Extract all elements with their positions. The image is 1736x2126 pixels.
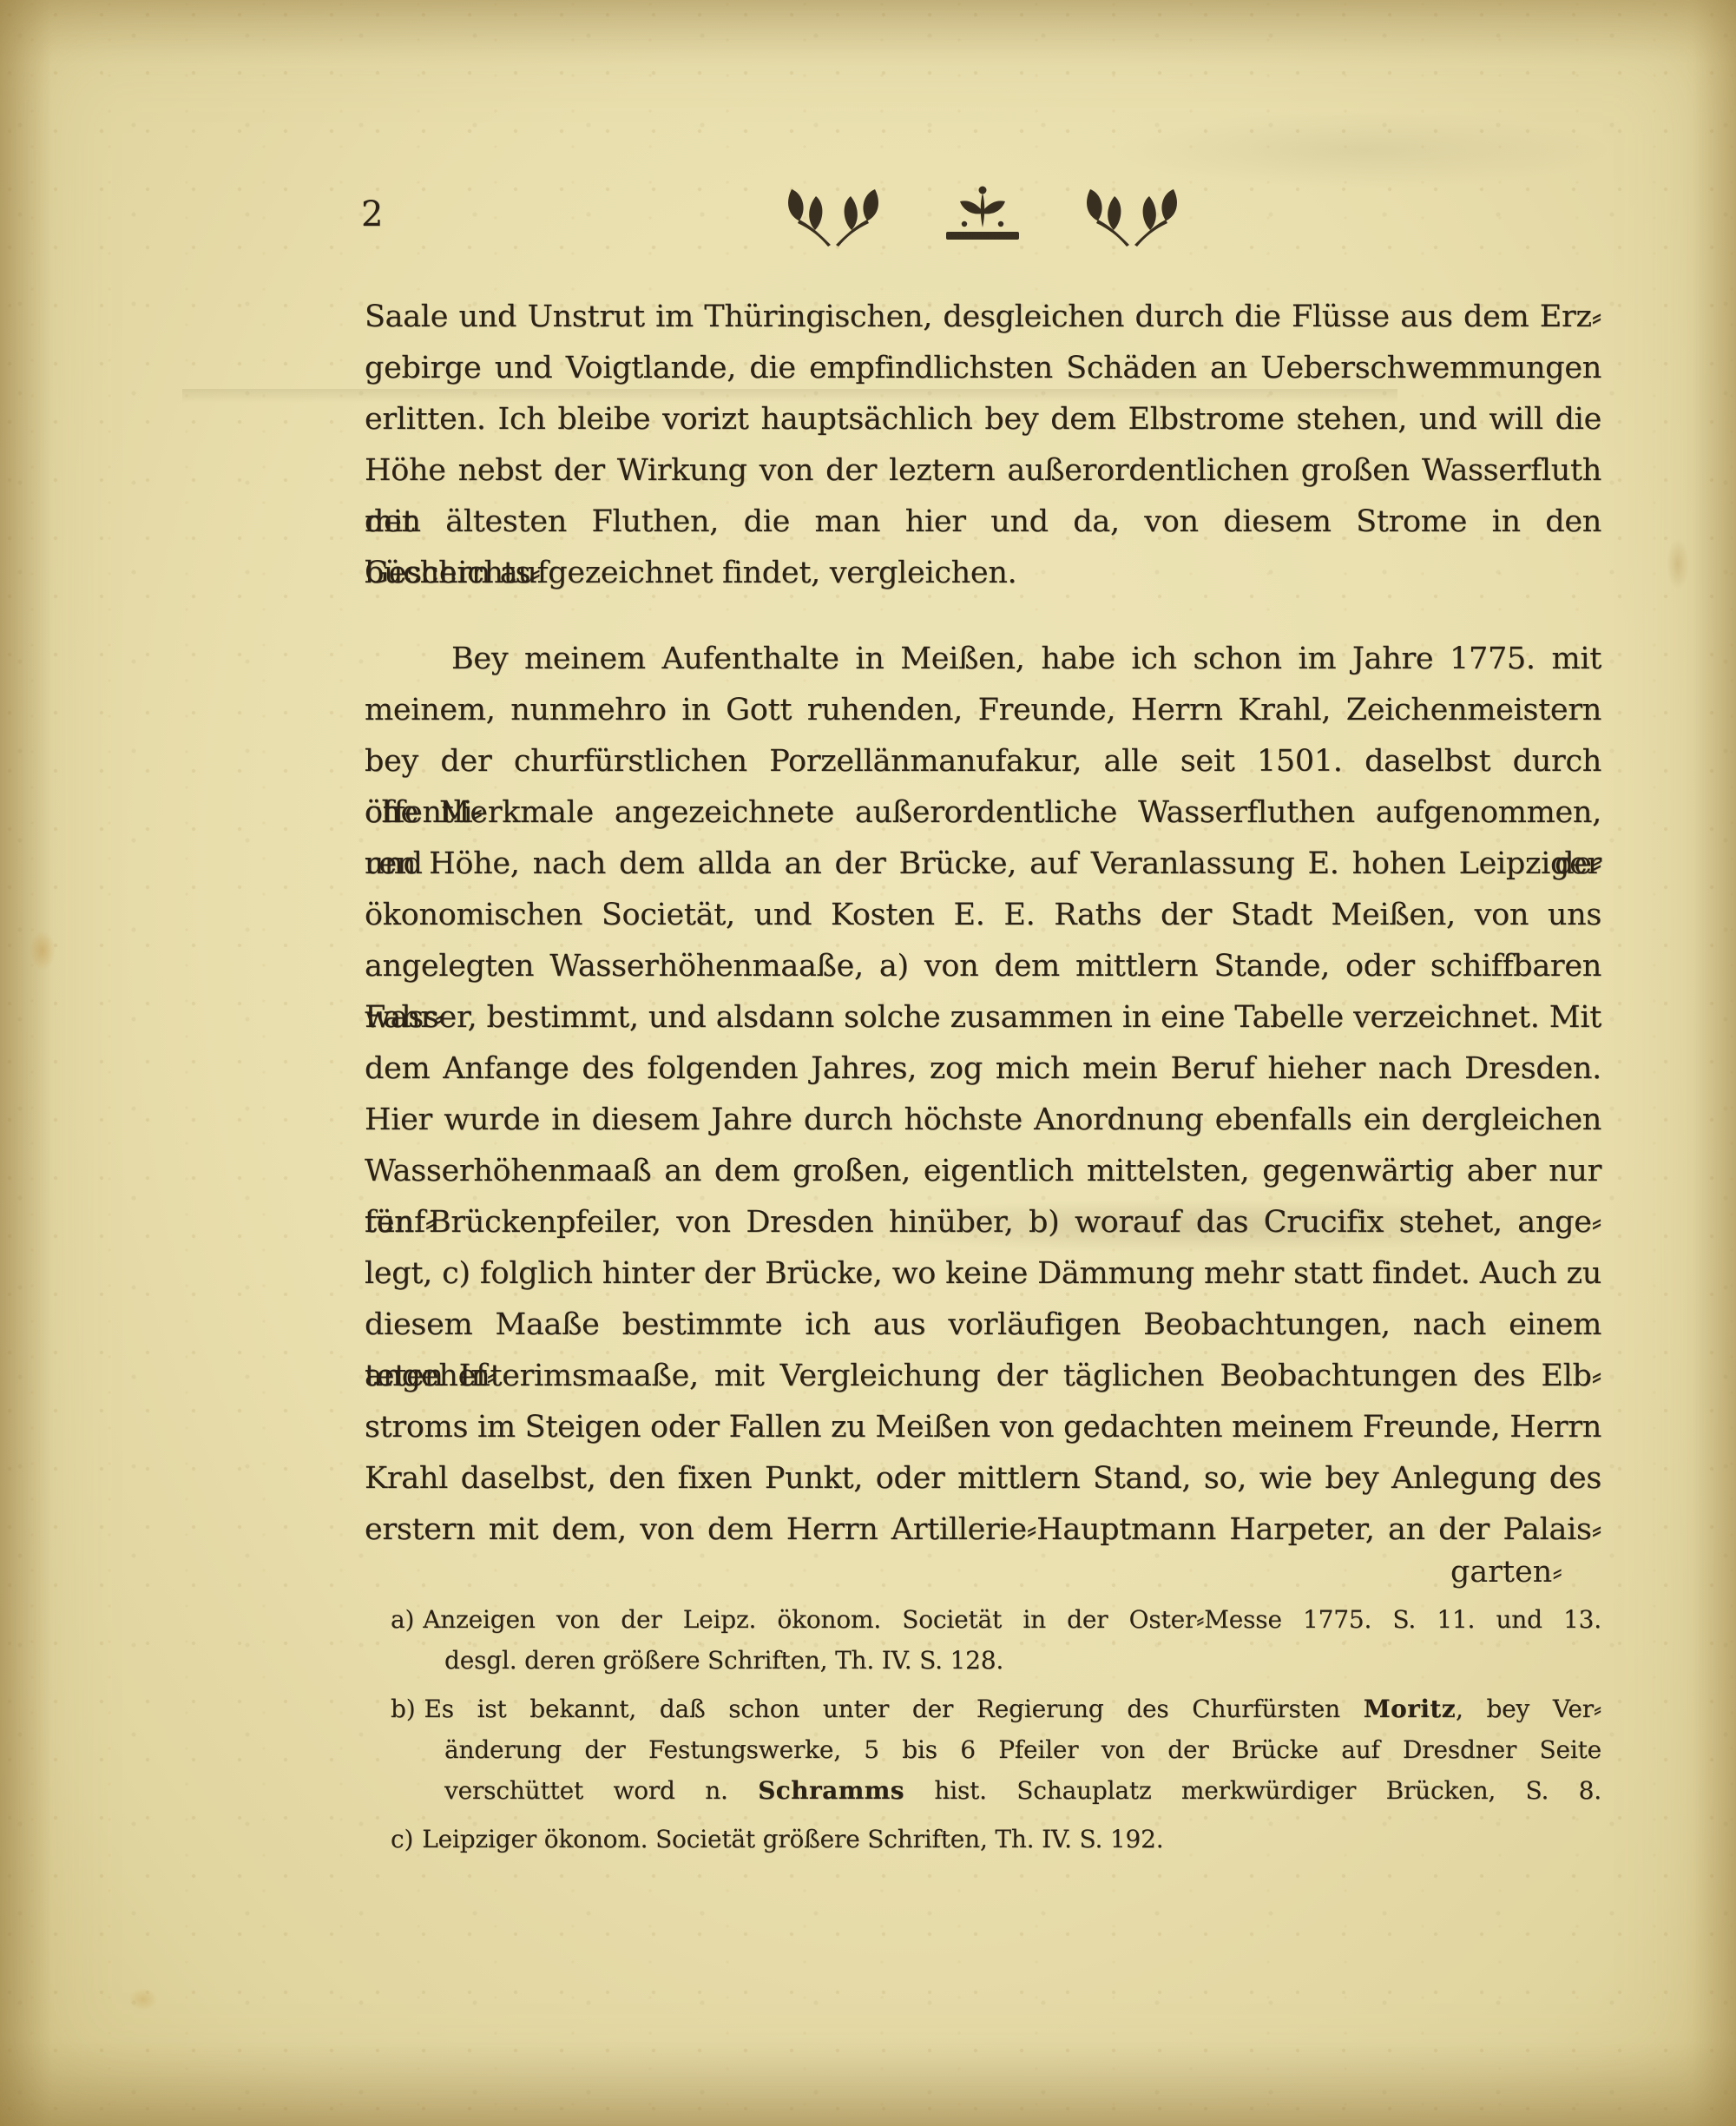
text-line: Saale und Unstrut im Thüringischen, desg… (365, 292, 1601, 343)
footnote-text: hist. Schauplatz merkwürdiger Brücken, S… (904, 1776, 1601, 1805)
text-line: meinem, nunmehro in Gott ruhenden, Freun… (365, 685, 1601, 736)
text-line: stroms im Steigen oder Fallen zu Meißen … (365, 1402, 1601, 1453)
footnote-item: a)Anzeigen von der Leipz. ökonom. Societ… (391, 1599, 1601, 1681)
footnote-item: c)Leipziger ökonom. Societät größere Sch… (391, 1819, 1601, 1859)
footnote-item: b)Es ist bekannt, daß schon unter der Re… (391, 1688, 1601, 1811)
footnote-marker: b) (391, 1695, 424, 1723)
paper-fleck (1667, 538, 1689, 590)
text-line: ren Höhe, nach dem allda an der Brücke, … (365, 839, 1601, 890)
text-line: Wasserhöhenmaaß an dem großen, eigentlic… (365, 1146, 1601, 1197)
text-line: bey der churfürstlichen Porzellänmanufak… (365, 736, 1601, 787)
text-line: legt, c) folglich hinter der Brücke, wo … (365, 1248, 1601, 1300)
text-line: dem Anfange des folgenden Jahres, zog mi… (365, 1043, 1601, 1095)
paper-fleck (128, 1988, 158, 2011)
text-line: Krahl daselbst, den fixen Punkt, oder mi… (365, 1453, 1601, 1504)
footnote-text: verschüttet word n. (444, 1776, 758, 1805)
footnote-line: änderung der Festungswerke, 5 bis 6 Pfei… (391, 1729, 1601, 1770)
footnote-line: verschüttet word n. Schramms hist. Schau… (391, 1770, 1601, 1811)
footnote-line: a)Anzeigen von der Leipz. ökonom. Societ… (391, 1599, 1601, 1640)
text-line: gebirge und Voigtlande, die empfindlichs… (365, 343, 1601, 394)
paragraph: Saale und Unstrut im Thüringischen, desg… (365, 292, 1601, 599)
emphasized-text: Schramms (758, 1776, 904, 1805)
footnote-text: Leipziger ökonom. Societät größere Schri… (422, 1825, 1163, 1853)
leaf-spray-pair-icon (1083, 182, 1180, 247)
paragraph: Bey meinem Aufenthalte in Meißen, habe i… (365, 634, 1601, 1556)
text-line: büchern aufgezeichnet findet, vergleiche… (365, 548, 1601, 599)
footnote-text: , bey Ver⸗ (1456, 1695, 1601, 1723)
text-line: erlitten. Ich bleibe vorizt hauptsächlic… (365, 394, 1601, 445)
footnote-line: desgl. deren größere Schriften, Th. IV. … (391, 1640, 1601, 1681)
text-line: che Merkmale angezeichnete außerordentli… (365, 787, 1601, 839)
text-line: erstern mit dem, von dem Herrn Artilleri… (365, 1504, 1601, 1556)
text-line: teten Interimsmaaße, mit Vergleichung de… (365, 1351, 1601, 1402)
footnotes-section: a)Anzeigen von der Leipz. ökonom. Societ… (391, 1599, 1601, 1867)
footnote-text: Es ist bekannt, daß schon unter der Regi… (424, 1695, 1363, 1723)
text-line: wasser, bestimmt, und alsdann solche zus… (365, 992, 1601, 1043)
paper-stain (1111, 111, 1614, 189)
page-number: 2 (361, 193, 383, 236)
floral-finial-with-rule-icon (939, 182, 1026, 247)
footnote-text: Anzeigen von der Leipz. ökonom. Societät… (423, 1605, 1601, 1634)
text-line: Höhe nebst der Wirkung von der leztern a… (365, 445, 1601, 497)
text-line: den ältesten Fluthen, die man hier und d… (365, 497, 1601, 548)
footnote-line: b)Es ist bekannt, daß schon unter der Re… (391, 1688, 1601, 1729)
text-line: diesem Maaße bestimmte ich aus vorläufig… (365, 1300, 1601, 1351)
footnote-marker: a) (391, 1605, 423, 1634)
emphasized-text: Moritz (1364, 1695, 1456, 1723)
catchword-line: garten⸗ (365, 1550, 1601, 1594)
leaf-spray-pair-icon (785, 182, 882, 247)
footnote-line: c)Leipziger ökonom. Societät größere Sch… (391, 1819, 1601, 1859)
book-page: { "colors": { "paper": "#e9dfae", "ink":… (0, 0, 1736, 2126)
footnote-marker: c) (391, 1825, 422, 1853)
footnote-text: desgl. deren größere Schriften, Th. IV. … (444, 1646, 1003, 1675)
text-line: Hier wurde in diesem Jahre durch höchste… (365, 1095, 1601, 1146)
text-line: angelegten Wasserhöhenmaaße, a) von dem … (365, 941, 1601, 992)
text-line: Bey meinem Aufenthalte in Meißen, habe i… (365, 634, 1601, 685)
header-ornaments (785, 182, 1180, 247)
text-line: ökonomischen Societät, und Kosten E. E. … (365, 890, 1601, 941)
footnote-text: änderung der Festungswerke, 5 bis 6 Pfei… (444, 1735, 1601, 1764)
paper-fleck (30, 931, 56, 971)
text-line: ten Brückenpfeiler, von Dresden hinüber,… (365, 1197, 1601, 1248)
catchword: garten⸗ (1450, 1555, 1562, 1590)
